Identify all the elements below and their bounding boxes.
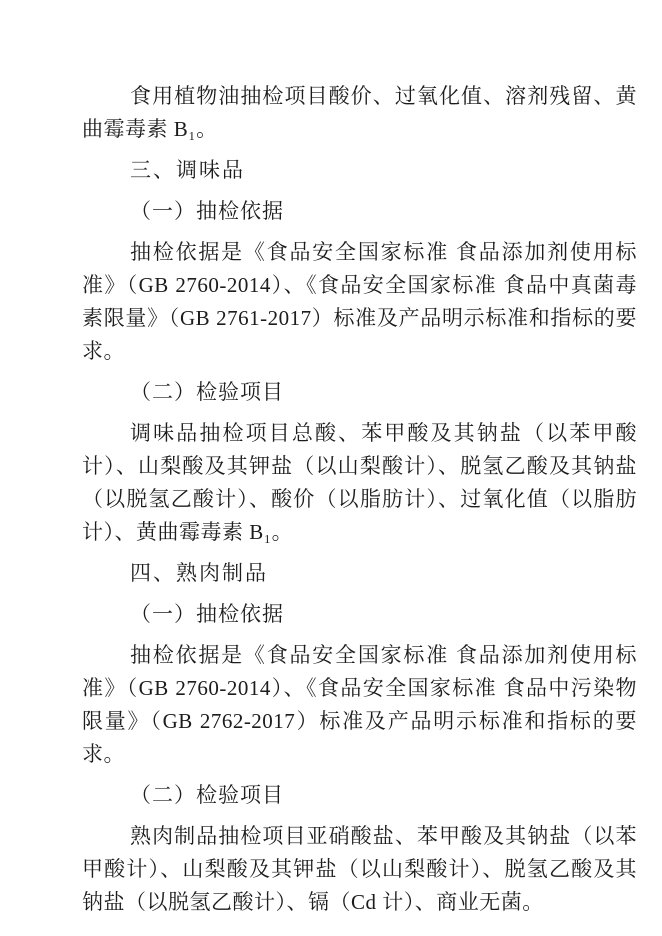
sub-heading: （二）检验项目 — [82, 376, 637, 409]
body-paragraph: 熟肉制品抽检项目亚硝酸盐、苯甲酸及其钠盐（以苯甲酸计）、山梨酸及其钾盐（以山梨酸… — [82, 820, 637, 919]
sub-heading: （二）检验项目 — [82, 779, 637, 812]
document-page: 食用植物油抽检项目酸价、过氧化值、溶剂残留、黄曲霉毒素 B₁。三、调味品（一）抽… — [0, 0, 662, 936]
section-heading: 三、调味品 — [82, 154, 637, 187]
body-paragraph: 抽检依据是《食品安全国家标准 食品添加剂使用标准》（GB 2760-2014）、… — [82, 639, 637, 771]
section-heading: 四、熟肉制品 — [82, 557, 637, 590]
sub-heading: （一）抽检依据 — [82, 195, 637, 228]
body-paragraph: 抽检依据是《食品安全国家标准 食品添加剂使用标准》（GB 2760-2014）、… — [82, 236, 637, 368]
sub-heading: （一）抽检依据 — [82, 598, 637, 631]
document-text-area: 食用植物油抽检项目酸价、过氧化值、溶剂残留、黄曲霉毒素 B₁。三、调味品（一）抽… — [82, 80, 637, 919]
body-paragraph: 调味品抽检项目总酸、苯甲酸及其钠盐（以苯甲酸计）、山梨酸及其钾盐（以山梨酸计）、… — [82, 417, 637, 549]
body-paragraph: 食用植物油抽检项目酸价、过氧化值、溶剂残留、黄曲霉毒素 B₁。 — [82, 80, 637, 146]
